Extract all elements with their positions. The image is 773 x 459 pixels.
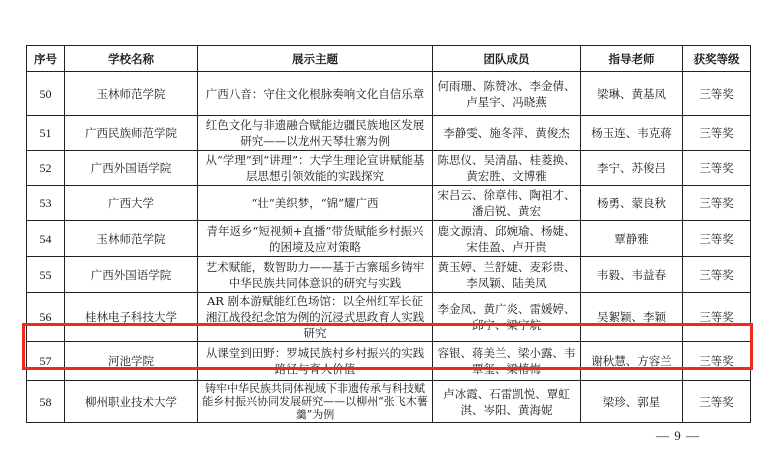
header-theme: 展示主题: [198, 46, 433, 72]
row-theme: 铸牢中华民族共同体视域下非遗传承与科技赋能乡村振兴协同发展研究——以柳州“张飞木…: [198, 381, 433, 423]
row-number: 58: [27, 381, 65, 423]
row-members: 卢冰霞、石雷凯悦、覃虹淇、岑阳、黄海妮: [433, 381, 581, 423]
table-row: 52 广西外国语学院 从“学理”到“讲理”：大学生理论宣讲赋能基层思想引领效能的…: [27, 151, 751, 186]
page-number: — 9 —: [656, 428, 700, 444]
row-advisor: 杨玉连、韦克蒋: [581, 116, 683, 151]
row-members: 容银、蒋美兰、梁小露、韦覃玺、梁椿梅: [433, 342, 581, 381]
row-school: 玉林师范学院: [65, 72, 198, 116]
row-members: 何雨珊、陈赞冰、李金倩、卢星宇、冯晓燕: [433, 72, 581, 116]
row-theme: 从课堂到田野：罗城民族村乡村振兴的实践路径与育人价值: [198, 342, 433, 381]
row-school: 广西外国语学院: [65, 151, 198, 186]
table-row: 55 广西外国语学院 艺术赋能，数智助力——基于古寨瑶乡铸牢中华民族共同体意识的…: [27, 257, 751, 293]
header-award: 获奖等级: [683, 46, 751, 72]
row-theme: AR 剧本游赋能红色场馆：以全州红军长征湘江战役纪念馆为例的沉浸式思政育人实践研…: [198, 293, 433, 342]
table-header-row: 序号 学校名称 展示主题 团队成员 指导老师 获奖等级: [27, 46, 751, 72]
row-award: 三等奖: [683, 293, 751, 342]
row-theme: 青年返乡“短视频+直播”带货赋能乡村振兴的困境及应对策略: [198, 221, 433, 257]
row-award: 三等奖: [683, 342, 751, 381]
award-table: 序号 学校名称 展示主题 团队成员 指导老师 获奖等级 50 玉林师范学院 广西…: [26, 45, 751, 423]
row-members: 陈思仪、吴清晶、桂菱换、黄宏胜、文博雅: [433, 151, 581, 186]
row-members: 黄玉婷、兰舒婕、麦彩贵、李凤颖、陆美凤: [433, 257, 581, 293]
row-advisor: 梁琳、黄基凤: [581, 72, 683, 116]
table-row: 58 柳州职业技术大学 铸牢中华民族共同体视域下非遗传承与科技赋能乡村振兴协同发…: [27, 381, 751, 423]
header-school: 学校名称: [65, 46, 198, 72]
row-number: 57: [27, 342, 65, 381]
row-number: 50: [27, 72, 65, 116]
row-award: 三等奖: [683, 381, 751, 423]
row-theme: 从“学理”到“讲理”：大学生理论宣讲赋能基层思想引领效能的实践探究: [198, 151, 433, 186]
row-advisor: 杨勇、蒙良秋: [581, 186, 683, 221]
row-members: 李金凤、黄广炎、雷媛婷、邱宇、梁宇航: [433, 293, 581, 342]
row-theme: 广西八音：守住文化根脉奏响文化自信乐章: [198, 72, 433, 116]
row-school: 广西外国语学院: [65, 257, 198, 293]
header-number: 序号: [27, 46, 65, 72]
table-row: 50 玉林师范学院 广西八音：守住文化根脉奏响文化自信乐章 何雨珊、陈赞冰、李金…: [27, 72, 751, 116]
row-award: 三等奖: [683, 186, 751, 221]
row-members: 宋吕云、徐章伟、陶祖才、潘启锐、黄宏: [433, 186, 581, 221]
row-advisor: 李宁、苏俊吕: [581, 151, 683, 186]
row-number: 56: [27, 293, 65, 342]
row-award: 三等奖: [683, 257, 751, 293]
row-theme: “壮”美织梦，“锦”耀广西: [198, 186, 433, 221]
row-award: 三等奖: [683, 116, 751, 151]
row-number: 51: [27, 116, 65, 151]
row-advisor: 谢秋慧、方容兰: [581, 342, 683, 381]
row-award: 三等奖: [683, 151, 751, 186]
row-school: 桂林电子科技大学: [65, 293, 198, 342]
row-theme: 红色文化与非遗融合赋能边疆民族地区发展研究——以龙州天琴壮寨为例: [198, 116, 433, 151]
row-number: 53: [27, 186, 65, 221]
table-row: 53 广西大学 “壮”美织梦，“锦”耀广西 宋吕云、徐章伟、陶祖才、潘启锐、黄宏…: [27, 186, 751, 221]
row-number: 55: [27, 257, 65, 293]
row-advisor: 韦毅、韦益春: [581, 257, 683, 293]
table-row: 51 广西民族师范学院 红色文化与非遗融合赋能边疆民族地区发展研究——以龙州天琴…: [27, 116, 751, 151]
row-school: 玉林师范学院: [65, 221, 198, 257]
table-row-highlighted: 57 河池学院 从课堂到田野：罗城民族村乡村振兴的实践路径与育人价值 容银、蒋美…: [27, 342, 751, 381]
row-award: 三等奖: [683, 221, 751, 257]
row-advisor: 梁珍、郭星: [581, 381, 683, 423]
table-row: 54 玉林师范学院 青年返乡“短视频+直播”带货赋能乡村振兴的困境及应对策略 鹿…: [27, 221, 751, 257]
row-advisor: 吴絮颖、李颖: [581, 293, 683, 342]
row-number: 54: [27, 221, 65, 257]
row-school: 广西民族师范学院: [65, 116, 198, 151]
row-number: 52: [27, 151, 65, 186]
row-members: 鹿文源清、邱婉瑜、杨婕、宋佳盈、卢开贵: [433, 221, 581, 257]
row-award: 三等奖: [683, 72, 751, 116]
row-theme: 艺术赋能，数智助力——基于古寨瑶乡铸牢中华民族共同体意识的研究与实践: [198, 257, 433, 293]
header-advisor: 指导老师: [581, 46, 683, 72]
row-school: 河池学院: [65, 342, 198, 381]
row-school: 广西大学: [65, 186, 198, 221]
row-school: 柳州职业技术大学: [65, 381, 198, 423]
row-advisor: 覃静雅: [581, 221, 683, 257]
row-members: 李静雯、施冬萍、黄俊杰: [433, 116, 581, 151]
table-row: 56 桂林电子科技大学 AR 剧本游赋能红色场馆：以全州红军长征湘江战役纪念馆为…: [27, 293, 751, 342]
header-members: 团队成员: [433, 46, 581, 72]
